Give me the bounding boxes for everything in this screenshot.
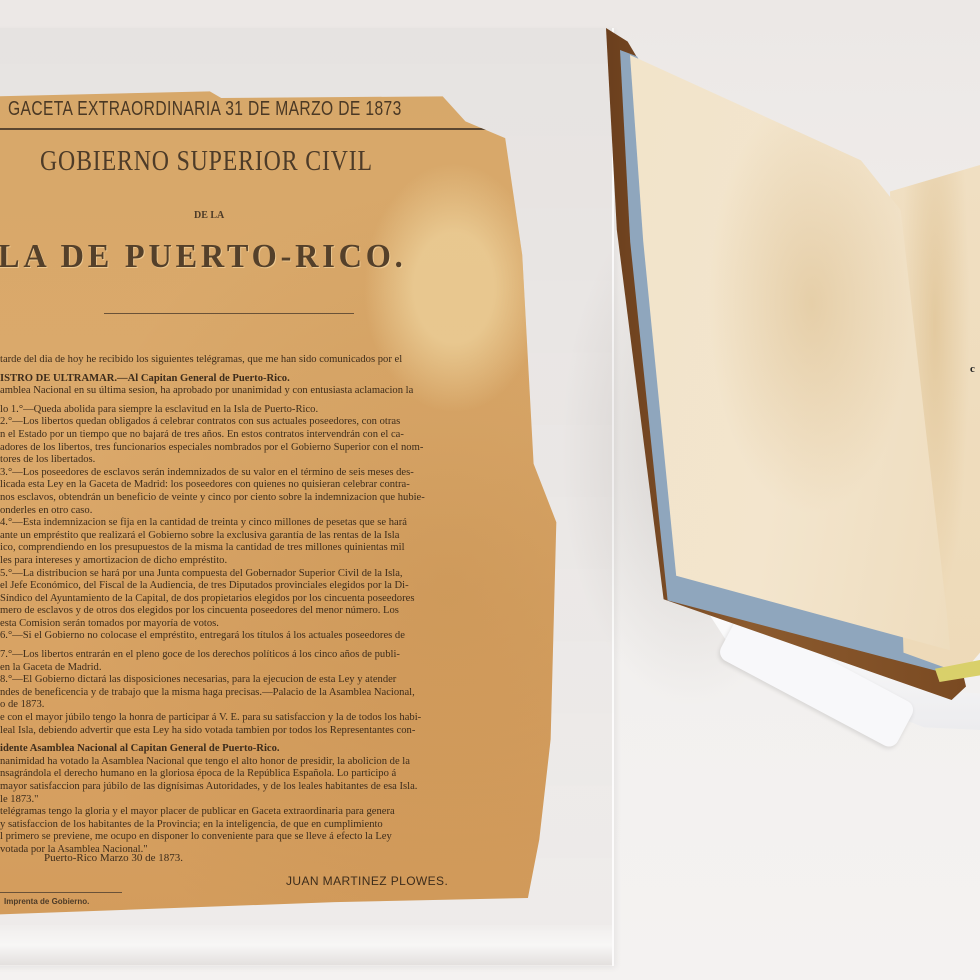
body-line: 6.°—Si el Gobierno no colocase el emprés…: [0, 630, 552, 643]
body-line: adores de los libertos, tres funcionario…: [0, 442, 552, 455]
body-line: idente Asamblea Nacional al Capitan Gene…: [0, 743, 552, 756]
body-line: tores de los libertados.: [0, 454, 552, 467]
body-line: l primero se previene, me ocupo en dispo…: [0, 831, 552, 844]
body-line: ante un empréstito que realizará el Gobi…: [0, 530, 552, 543]
body-line: nsagrándola el derecho humano en la glor…: [0, 768, 552, 781]
printer-credit: Imprenta de Gobierno.: [4, 897, 89, 906]
body-line: telégramas tengo la gloria y el mayor pl…: [0, 806, 552, 819]
body-line: 8.°—El Gobierno dictará las disposicione…: [0, 674, 552, 687]
body-line: 4.°—Esta indemnizacion se fija en la can…: [0, 517, 552, 530]
body-line: n el Estado por un tiempo que no bajará …: [0, 429, 552, 442]
header-rule: [0, 128, 514, 130]
body-line: le 1873.": [0, 794, 552, 807]
body-line: lo 1.°—Queda abolida para siempre la esc…: [0, 404, 552, 417]
body-line: ISTRO DE ULTRAMAR.—Al Capitan General de…: [0, 373, 552, 386]
gazette-header: GACETA EXTRAORDINARIA 31 DE MARZO DE 187…: [8, 98, 414, 121]
body-line: ico, comprendiendo en los presupuestos d…: [0, 542, 552, 555]
body-line: Síndico del Ayuntamiento de la Capital, …: [0, 593, 552, 606]
body-line: les para intereses y amortizacion de dic…: [0, 555, 552, 568]
body-line: en la Gaceta de Madrid.: [0, 662, 552, 675]
body-line: e con el mayor júbilo tengo la honra de …: [0, 712, 552, 725]
body-line: esta Comision serán tomados por mayoría …: [0, 618, 552, 631]
body-line: el Jefe Económico, del Fiscal de la Audi…: [0, 580, 552, 593]
body-line: y satisfaccion de los habitantes de la P…: [0, 819, 552, 832]
date-line: Puerto-Rico Marzo 30 de 1873.: [44, 852, 183, 864]
body-line: mero de esclavos y de otros dos elegidos…: [0, 605, 552, 618]
body-line: 2.°—Los libertos quedan obligados á cele…: [0, 416, 552, 429]
body-line: licada esta Ley en la Gaceta de Madrid: …: [0, 479, 552, 492]
body-line: 3.°—Los poseedores de esclavos serán ind…: [0, 467, 552, 480]
signature: JUAN MARTINEZ PLOWES.: [286, 874, 448, 888]
body-line: 5.°—La distribucion se hará por una Junt…: [0, 568, 552, 581]
gazette-body: tarde del dia de hoy he recibido los sig…: [0, 354, 552, 857]
body-line: 7.°—Los libertos entrarán en el pleno go…: [0, 649, 552, 662]
printer-rule: [0, 892, 122, 893]
gazette-title: GOBIERNO SUPERIOR CIVIL: [40, 146, 373, 178]
body-line: nos esclavos, obtendrán un beneficio de …: [0, 492, 552, 505]
book-page-text: c: [970, 363, 975, 375]
gazette-subtitle: DE LA: [194, 210, 224, 221]
gazette-island-title: LA DE PUERTO-RICO.: [0, 238, 407, 276]
gazette-page: GACETA EXTRAORDINARIA 31 DE MARZO DE 187…: [0, 88, 562, 923]
body-line: onderles en otro caso.: [0, 505, 552, 518]
body-line: nanimidad ha votado la Asamblea Nacional…: [0, 756, 552, 769]
body-line: tarde del dia de hoy he recibido los sig…: [0, 354, 552, 367]
body-line: mayor satisfaccion para júbilo de las di…: [0, 781, 552, 794]
body-line: amblea Nacional en su última sesion, ha …: [0, 385, 552, 398]
body-line: o de 1873.: [0, 699, 552, 712]
decorative-rule: [104, 313, 354, 314]
body-line: ndes de beneficencia y de trabajo que la…: [0, 687, 552, 700]
sleeve-glare: [0, 925, 612, 965]
body-line: leal Isla, debiendo advertir que esta Le…: [0, 725, 552, 738]
